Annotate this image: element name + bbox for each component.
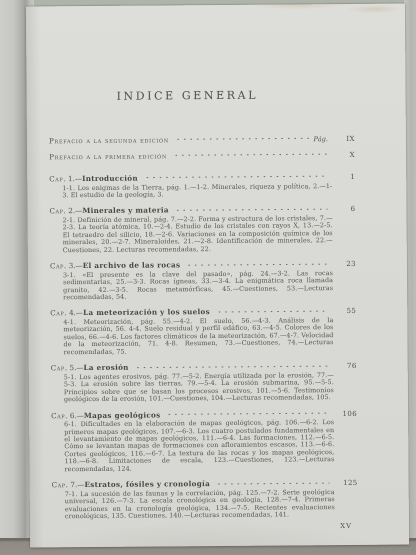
chapter-section-list: 3-1. «El presente es la clave del pasado… bbox=[63, 270, 333, 302]
toc-chapter-entry[interactable]: Cap.6.—Mapas geológicos 106 6-1. Dificul… bbox=[51, 408, 357, 473]
entry-page-number: X bbox=[331, 150, 355, 158]
chapter-label: Cap. bbox=[49, 174, 66, 183]
entry-page-number: 106 bbox=[333, 409, 357, 417]
entry-page-number: IX bbox=[331, 135, 355, 143]
entry-page-number: 1 bbox=[331, 173, 355, 181]
book-page: INDICE GENERAL Prefacio a la segunda edi… bbox=[26, 4, 409, 548]
chapter-heading: Cap.7.—Estratos, fósiles y cronología bbox=[52, 479, 210, 489]
dot-leader bbox=[216, 307, 328, 315]
page-title: INDICE GENERAL bbox=[117, 88, 355, 103]
toc-chapter-entry[interactable]: Cap.1.—Introducción 1 1-1. Los enigmas d… bbox=[49, 172, 355, 200]
dot-leader bbox=[144, 172, 327, 180]
entry-page-number: 125 bbox=[334, 479, 358, 487]
chapter-title: La erosión bbox=[83, 363, 128, 372]
chapter-title: Introducción bbox=[82, 174, 138, 183]
chapter-heading: Cap.5.—La erosión bbox=[51, 363, 129, 373]
chapter-section-list: 5-1. Los agentes erosivos, pág. 77.—5-2.… bbox=[64, 372, 334, 404]
book-photo: INDICE GENERAL Prefacio a la segunda edi… bbox=[0, 0, 416, 555]
chapter-heading: Cap.3.—El archivo de las rocas bbox=[50, 260, 180, 270]
chapter-label: Cap. bbox=[51, 363, 68, 372]
toc-chapter-entry[interactable]: Cap.2.—Minerales y materia 6 2-1. Defini… bbox=[49, 204, 355, 254]
entry-page-number: 55 bbox=[332, 307, 356, 315]
chapter-heading: Cap.6.—Mapas geológicos bbox=[51, 410, 160, 420]
chapter-label: Cap. bbox=[50, 309, 67, 318]
chapter-number: 6.— bbox=[70, 411, 84, 420]
preface-entry-label: Prefacio a la segunda edición bbox=[49, 135, 169, 145]
chapter-title: Minerales y materia bbox=[82, 206, 169, 216]
dot-leader bbox=[135, 361, 329, 370]
chapter-title: Estratos, fósiles y cronología bbox=[84, 479, 210, 489]
entry-page-number: 76 bbox=[333, 362, 357, 370]
chapter-number: 4.— bbox=[69, 309, 83, 318]
page-number: XV bbox=[52, 521, 358, 531]
table-of-contents: Prefacio a la segunda edición Pág. IX Pr… bbox=[49, 134, 358, 521]
chapter-title: Mapas geológicos bbox=[84, 410, 161, 420]
chapter-section-list: 2-1. Definición de mineral, pág. 7.—2-2.… bbox=[63, 215, 333, 254]
chapter-number: 1.— bbox=[68, 174, 82, 183]
dot-leader bbox=[166, 409, 329, 417]
chapter-list: Cap.1.—Introducción 1 1-1. Los enigmas d… bbox=[49, 172, 358, 521]
toc-chapter-entry[interactable]: Cap.7.—Estratos, fósiles y cronología 12… bbox=[52, 478, 358, 521]
dot-leader bbox=[173, 150, 327, 158]
chapter-label: Cap. bbox=[51, 411, 68, 420]
toc-preface-entry[interactable]: Prefacio a la primera edición X bbox=[49, 149, 355, 167]
dot-leader bbox=[186, 259, 328, 267]
entry-page-number: 6 bbox=[331, 205, 355, 213]
chapter-label: Cap. bbox=[50, 261, 67, 270]
chapter-number: 3.— bbox=[69, 261, 83, 270]
toc-chapter-entry[interactable]: Cap.5.—La erosión 76 5-1. Los agentes er… bbox=[51, 361, 357, 404]
dot-leader bbox=[216, 478, 330, 486]
chapter-section-list: 7-1. La sucesión de las faunas y la corr… bbox=[65, 489, 335, 521]
chapter-number: 2.— bbox=[68, 206, 82, 215]
chapter-section-list: 1-1. Los enigmas de la Tierra, pág. 1.—1… bbox=[62, 183, 332, 200]
chapter-number: 5.— bbox=[69, 363, 83, 372]
chapter-label: Cap. bbox=[49, 207, 66, 216]
dot-leader bbox=[175, 134, 310, 142]
chapter-title: La meteorización y los suelos bbox=[83, 308, 210, 318]
chapter-heading: Cap.1.—Introducción bbox=[49, 174, 138, 184]
dot-leader bbox=[175, 205, 328, 213]
chapter-title: El archivo de las rocas bbox=[83, 260, 181, 270]
chapter-section-list: 6-1. Dificultades en la elaboración de m… bbox=[64, 419, 334, 473]
toc-chapter-entry[interactable]: Cap.4.—La meteorización y los suelos 55 … bbox=[50, 306, 356, 356]
chapter-section-list: 4-1. Meteorización, pág. 55.—4-2. El sue… bbox=[63, 317, 333, 356]
chapter-label: Cap. bbox=[52, 480, 69, 489]
preface-list: Prefacio a la segunda edición Pág. IX Pr… bbox=[49, 134, 355, 167]
chapter-heading: Cap.2.—Minerales y materia bbox=[49, 206, 168, 216]
chapter-number: 7.— bbox=[70, 480, 84, 489]
page-content: INDICE GENERAL Prefacio a la segunda edi… bbox=[48, 4, 358, 532]
entry-page-number: 23 bbox=[332, 260, 356, 268]
toc-chapter-entry[interactable]: Cap.3.—El archivo de las rocas 23 3-1. «… bbox=[50, 259, 356, 302]
preface-entry-label: Prefacio a la primera edición bbox=[49, 151, 167, 161]
pag-column-label: Pág. bbox=[314, 135, 328, 143]
